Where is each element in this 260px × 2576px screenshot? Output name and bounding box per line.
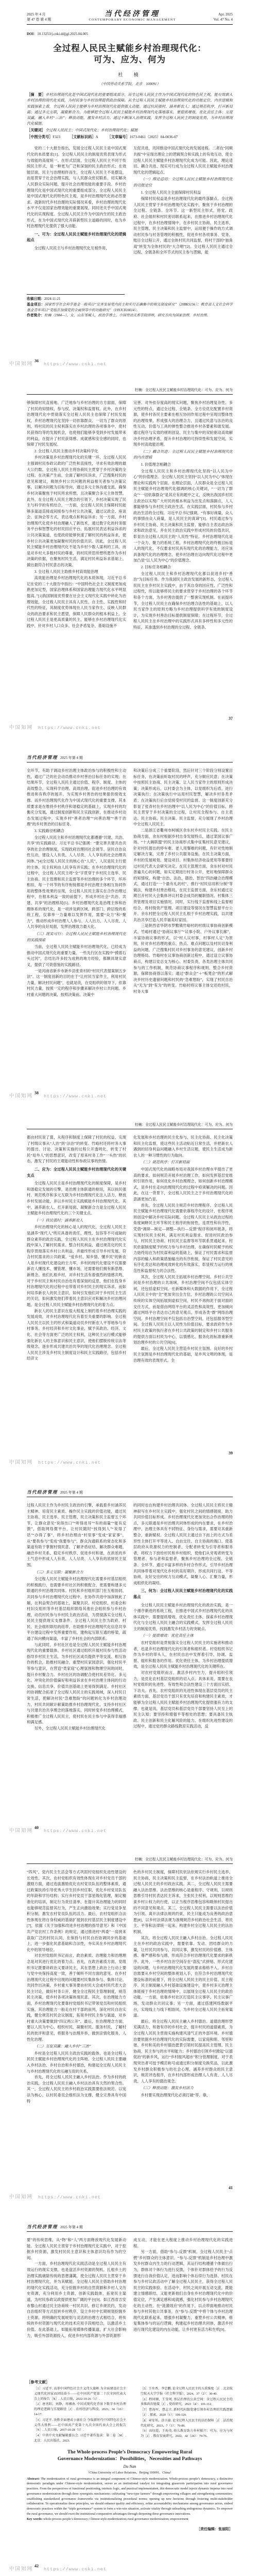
running-head: 杜楠：全过程人民民主赋能乡村治理现代化：可为、应为、何为 [27,1855,233,1862]
column-right: 和决策后分成三个重要阶段，然后针对三个阶段分别设置目标任务，在决策前听取村民的呼… [133,768,233,1077]
english-keywords-label: Key words: [27,2517,42,2521]
received-value: 2024-11-21 [44,297,60,301]
english-title-line1: The Whole-process People’s Democracy Emp… [27,2449,233,2456]
abstract-label: ［摘 要］ [27,93,45,97]
watermark-cn: 中国知网 [9,362,33,367]
section-heading: （三）释放动能：激发乡村活力 [133,2085,233,2091]
column-right: 化发展和乡村治理的民主化参与、民主化协商、民主化决策和民主化监督，使这些民主活动… [133,1134,233,1444]
journal-masthead: 2025 年 4 月 第 47 卷 第 4 期 当代经济管理 CONTEMPOR… [27,7,233,22]
clc-label: ［中图分类号］ [27,135,53,139]
paragraph: 新农人的民主意识在很大程度上制约着乡村治理实践的发展成效，对乡村治理现代化有着至… [27,1308,126,1362]
page-footer: 37 中国知网https://www.cnki.net [9,713,233,731]
page-footer: 中国知网38https://www.cnki.net [9,1092,233,1099]
running-head: 当代经济管理2025 年第 4 期 [27,1487,233,1495]
column-left: 够保障村民直接地、广泛地参与乡村治理的方方面面，保障了村民的知情权、参与权、决策… [27,400,126,709]
watermark-url: https://www.cnki.net [38,725,101,731]
reference-item: ［1］习近平. 高举中国特色社会主义伟大旗帜 为全面建设社会主义现代化国家而团结… [27,2386,126,2401]
watermark-cn: 中国知网 [9,1094,33,1099]
page-6: 杜楠：全过程人民民主赋能乡村治理现代化：可为、应为、何为 “四风”、党内民主生活… [0,1855,260,2205]
author-name: 杜 楠 [27,71,233,78]
paragraph: 的同时也在构建乡村治理共同体。全过程人民民主将民主精神叙写在乡村民主实践中，强化… [133,1502,233,1586]
running-head: 杜楠：全过程人民民主赋能乡村治理现代化：可为、应为、何为 [27,385,233,393]
references-columns: ［1］习近平. 高举中国特色社会主义伟大旗帜 为全面建设社会主义现代化国家而团结… [27,2386,233,2444]
paragraph: 化发展和乡村治理的民主化参与、民主化协商、民主化决策和民主化监督，使这些民主活动… [133,1134,233,1158]
reference-item: ［9］高钰霞，王海英. 幼儿教育助力乡村振兴：可为、应为与何为［J］. 教育发展… [133,2429,233,2439]
page-2: 杜楠：全过程人民民主赋能乡村治理现代化：可为、应为、何为 够保障村民直接地、广泛… [0,385,260,736]
english-abstract: Abstract: The modernization of rural gov… [27,2477,233,2517]
english-section: The Whole-process People’s Democracy Emp… [27,2449,233,2532]
section-heading: （一）扶民强村：涵养新农人 [27,1217,126,1224]
reference-item: ［8］章安邦，涂言豪. 论全过程人民民主的法治保障［J］. 法治现代化研究，20… [133,2418,233,2429]
funding-note: 基金项目：国家哲学社会科学基金一般项目“完善发展党内民主和实行正确集中的相关制度… [27,302,233,313]
english-title-line2: Governance Modernization：Possibilities，N… [27,2456,233,2463]
page-footer: 39 中国知网https://www.cnki.net [9,1448,233,1465]
author-affiliation: （中国劳动关系学院，北京 100091） [27,81,233,87]
reference-item: ［2］唐善阳，刘静，周湘南. 中国式现代化背景下数字乡村治理的理论逻辑与实现路径… [27,2402,126,2417]
paragraph: 乡村决策是乡村治理现代化的关键一环，全过程人民民主强调村民参政议政的广泛性和直接… [27,454,126,568]
issue-date-cn: 2025 年 4 月 [27,12,51,17]
paragraph: 全过程人民民主是乡村治理现代化的制度保障，是乡村和谐稳定发展的引擎，是治理主体联… [27,1180,126,1216]
paragraph: 三是陕西省华阴市罗敷镇竹峪村的村级议事协商创新模式。竹峪村通过“协商议事厅”“议… [133,923,233,994]
running-head-rule [27,762,233,762]
column-left: 全环节，有助于调动乡村治理主体政治参与的积极性和主动性，通过广泛的社会动员推动乡… [27,768,126,1077]
footnote-rule [27,294,125,295]
page-footer: 41 中国知网https://www.cnki.net [9,2182,233,2200]
paragraph: 对农村党组织书记而言，政治素质、治理能力和治理理念是对其进行优化的着力点。首先，… [27,1953,126,2042]
page-number: 36 [34,359,39,363]
english-abstract-text: The modernization of rural governance is… [27,2477,233,2516]
abstract-text: 乡村治理现代化是中国式现代化的重要组成部分，而全过程人民民主作为中国式现代化的特… [27,93,233,126]
keywords-line: ［关键词］全过程人民民主；中国式现代化；乡村治理现代化；赋能 [27,128,233,133]
watermark-cn: 中国知网 [9,1460,33,1465]
paragraph: 和决策后分成三个重要阶段，然后针对三个阶段分别设置目标任务，在决策前听取村民的呼… [133,768,233,827]
page-number: 42 [34,2564,39,2568]
issue-date-en: Apr. 2025 [214,12,233,17]
section-heading: 1. 全过程人民民主全面保障村民权益 [133,190,233,196]
journal-logo-calligraphy: 当代经济管理 [89,10,176,18]
journal-logo-small: 当代经济管理 [27,755,58,760]
journal-name-en: CONTEMPORARY ECONOMIC MANAGEMENT [89,18,176,22]
received-label: 收稿日期： [27,297,44,301]
masthead-rule [27,24,233,25]
page-3: 当代经济管理2025 年第 4 期 全环节，有助于调动乡村治理主体政治参与的积极… [0,753,260,1103]
issue-header: 2025 年第 4 期 [60,2225,83,2229]
page-number: 37 [229,716,233,721]
paragraph: 要”的传统思维，从“物”和“人”两方面释放现代化发展新动能。全过程人民民主贯穿于… [27,2237,126,2261]
paragraph: 互促共进，共同推动中国式现代化的发展进程。二者在“同频共振”中呈现出理论上的逻辑… [133,145,233,175]
paragraph: 农村党组织是贯彻落实全过程人民民主的实施者和推动者，也是乡村治理现代化的引领者和… [133,1640,233,1670]
bio-value: 杜楠（1984—），女，山东邹城人，政治学博士，中国劳动关系学院讲师，研究方向为… [44,314,210,317]
references-heading: ［参考文献］ [27,2379,233,2385]
paragraph: 二是浙江省衢州市柯城区余东村乡村民主实践。在民主协商方面，余东村根据乡村自身发展… [133,827,233,923]
paragraph: 一是河南省新乡市新乡县张青村的“村民代表提案制五步法”。这一制度创新的目的在于“… [27,968,126,998]
bio-label: 作者简介： [27,314,44,317]
column-right: 互促共进，共同推动中国式现代化的发展进程。二者在“同频共振”中呈现出理论上的逻辑… [133,145,233,291]
reference-item: ［4］中共中央文献编辑委员会. 习近平著作选读：第二卷［M］. 北京：人民出版社… [27,2433,126,2444]
paragraph: 首先，全过程人民民主规范乡村治理程序。全过程人民民主赋能乡村治理现代化需要依靠程… [133,1202,233,1274]
footnote-block: 收稿日期：2024-11-21 基金项目：国家哲学社会科学基金一般项目“完善发展… [27,297,233,318]
reference-item: ［5］王水香，李忠鹏. 论全过程人民民主的五重维度［J］. 北京航空航天大学学报… [133,2386,233,2397]
author-bio: 作者简介：杜楠（1984—），女，山东邹城人，政治学博士，中国劳动关系学院讲师，… [27,313,233,319]
paragraph: 最后，全过程人民民主营造乡村民主氛围。良好的乡村民主氛围是乡村治理现代化的基础，… [133,1346,233,1364]
column-right: 的同时也在构建乡村治理共同体。全过程人民民主将民主精神叙写在乡村民主实践中，强化… [133,1502,233,1811]
paragraph: 当前，全过程人民民主赋能乡村治理现代化，已经成为推动中国式现代化的重要力量，一些… [27,944,126,968]
article-id-label: ［文章编号］ [108,135,130,139]
running-head: 当代经济管理2025 年第 4 期 [27,2222,233,2230]
paragraph: 过程人民民主作为乡村民主政治的引擎，承载着乡村涵养民主精神、培育民主素质、操作民… [27,1502,126,1568]
section-heading: （一）理论适切：全过程人民民主赋能乡村治理现代化的功能定位 [133,176,233,188]
paragraph: 乡村要实现治理现代化必须打破“等、靠、 [133,2092,233,2098]
masthead-left: 2025 年 4 月 第 47 卷 第 4 期 [27,12,51,22]
english-author: Du Nan [27,2464,233,2469]
page-footer: 中国知网40https://www.cnki.net [9,1826,233,1834]
doi-line: DOI：10.13253/j.cnki.ddjjgl.2025.04.005 [27,31,233,37]
section-heading: （二）耦合共进：全过程人民民主赋能乡村治理现代化的内在逻辑 [133,449,233,461]
masthead-center: 当代经济管理 CONTEMPORARY ECONOMIC MANAGEMENT [89,10,176,22]
page-footer: 中国知网42https://www.cnki.net [9,2565,233,2572]
page-5: 当代经济管理2025 年第 4 期 过程人民民主作为乡村民主政治的引擎，承载着乡… [0,1487,260,1838]
reference-item: ［7］曹海军，曹志立. 新时代村级党建引领乡村治理的实践逻辑［J］. 探索，20… [133,2408,233,2418]
watermark-url: https://www.cnki.net [44,1094,107,1099]
english-keywords: Key words: whole-process people’s democr… [27,2517,233,2522]
reference-item: ［6］程同顺，王雪珂. 基层治理的公共空间：全过程人民民主的多维政治链接［J］.… [133,2397,233,2408]
paper-screenshot: { "journal": { "name_cn": "当代经济管理", "nam… [0,0,260,2576]
received-date: 收稿日期：2024-11-21 [27,297,233,302]
cnki-watermark: 中国知网42https://www.cnki.net [9,2565,233,2572]
doi-value: ：10.13253/j.cnki.ddjjgl.2025.04.005 [33,32,88,36]
column-left: 要”的传统思维，从“物”和“人”两方面释放现代化发展新动能。全过程人民民主贯穿于… [27,2237,126,2375]
body-columns: 全环节，有助于调动乡村治理主体政治参与的积极性和主动性，通过广泛的社会动员推动乡… [27,768,233,1077]
running-head: 当代经济管理2025 年第 4 期 [27,753,233,760]
english-affiliation: （China University of Labor Relations，Bei… [27,2470,233,2475]
paragraph: 保障村民权益是乡村治理现代化的最终落脚点。全过程人民民主贯穿于乡村治理现代化实践… [133,196,233,256]
paragraph: 中国式现代化的战略布局对我国乡村治理水平提出了更高的要求，如何规范开展乡村治理工… [133,1166,233,1202]
article-id-value: 1673-0461（2025）04-0036-07 [130,135,178,139]
column-left: “四风”、党内民主生活会等方式巩固村党组织先进性建设的长效性。其次，农村党组织有… [27,1869,126,2178]
column-left: 党的二十大报告指出，发展全过程人民民主是中国式现代化的本质要求[1]。全过程人民… [27,145,126,291]
running-head-rule [27,394,233,395]
cnki-watermark: 中国知网40https://www.cnki.net [9,1826,233,1834]
watermark-cn: 中国知网 [9,1828,33,1834]
paragraph: 全过程人民民主和乡村治理现代化坚持“以人民为中心”的价值理念。全过程人民民主坚持… [133,468,233,564]
column-right: 色的乡村民主制度，保障村民依法依规实行乡村民主选举、民主协商、民主决策和民主监督… [133,1869,233,2178]
body-columns: 要”的传统思维，从“物”和“人”两方面释放现代化发展新动能。全过程人民民主贯穿于… [27,2237,233,2375]
reference-item: ［3］习近平. 决胜全面建成小康社会 夺取新时代中国特色社会主义伟大胜利——在中… [27,2418,126,2433]
column-right: 完善、对外依存度高的现实问题，聚焦乡村治理复杂性、多元性的特点，通过全过程、全链… [133,400,233,709]
clc-value: F323 [53,135,60,139]
article-title-line2: 可为、应为、何为 [27,54,233,65]
page-1: 2025 年 4 月 第 47 卷 第 4 期 当代经济管理 CONTEMPOR… [0,7,260,371]
paragraph: 乡村治理现代化的核心是人的现代化，全过程人民民主是涵养“现代人”所应具备的责任、… [27,1224,126,1308]
section-heading: （二）规范秩序：打开新局面 [133,1159,233,1165]
body-columns: 够保障村民直接地、广泛地参与乡村治理的方方面面，保障了村民的知情权、参与权、决策… [27,400,233,709]
running-head-rule [27,1129,233,1129]
section-heading: （三）多元互联：凝聚新合力 [27,1569,126,1575]
running-head: 杜楠：全过程人民民主赋能乡村治理现代化：可为、应为、何为 [27,1120,233,1127]
page-number: 40 [34,1825,39,1830]
paragraph: 另一方面，借助“参与-反馈”机制，全过程人民民主“点燃”乡村群众的主体意识。“参… [133,2249,233,2332]
watermark-url: https://www.cnki.net [38,2195,101,2200]
paragraph: 首先，将全过程人民民主融入乡村法治。作为乡村的政治实践，全过程人民民主融入乡村法… [27,2074,126,2104]
body-columns: 党的二十大报告指出，发展全过程人民民主是中国式现代化的本质要求[1]。全过程人民… [27,145,233,291]
running-head-rule [27,1863,233,1864]
paragraph: 乡村是全过程人民民主政治实践的载体，也是全过程人民民主赋能乡村治理现代化的主阵地… [27,2050,126,2074]
paragraph: 都由村民说了算，从程序和制度上保障了村民的权益，实现了村级议事从“人治”到“法治… [27,1134,126,1164]
section-heading: 2. 目标任务相耦合 [133,564,233,570]
meta-line: ［中图分类号］F323［文献标识码］A［文章编号］1673-0461（2025）… [27,134,233,140]
paragraph: 够保障村民直接地、广泛地参与乡村治理的方方面面，保障了村民的知情权、参与权、决策… [27,400,126,448]
section-heading: 二、应为：全过程人民民主赋能乡村治理现代化的关键支点 [27,1166,126,1178]
journal-logo-small: 当代经济管理 [27,1489,58,1495]
issue-header: 2025 年第 4 期 [60,1490,83,1495]
section-heading: （三）现实可行：全过程人民民主赋能乡村治理现代化的实践探索 [27,931,126,943]
cnki-watermark: 中国知网https://www.cnki.net [9,723,233,731]
watermark-url: https://www.cnki.net [38,1460,101,1465]
english-title: The Whole-process People’s Democracy Emp… [27,2449,233,2463]
doccode-value: A [95,135,98,139]
references-right: ［5］王水香，李忠鹏. 论全过程人民民主的五重维度［J］. 北京航空航天大学学报… [133,2386,233,2444]
watermark-cn: 中国知网 [9,725,33,731]
section-heading: 1. 价值理念相耦合 [133,462,233,468]
paragraph: 高效能治理是乡村治理现代化的本质体现，习近平总书记在党的二十大报告中指出：“中国… [27,575,126,629]
section-heading: 2. 全过程人民民主推动乡村决策科学化 [27,448,126,454]
paragraph: 全过程人民民主与乡村治理现代化互相作用， [27,245,126,251]
cnki-watermark: 中国知网https://www.cnki.net [9,1458,233,1465]
paragraph: 成互动，才能在更大程度上推动乡村治理现代化的实践进程。 [133,2237,233,2249]
running-head-rule [27,1497,233,1497]
funding-value: 国家哲学社会科学基金一般项目“完善发展党内民主和实行正确集中的相关制度研究”（2… [27,303,233,312]
keywords-label: ［关键词］ [27,128,45,132]
article-title: 全过程人民民主赋能乡村治理现代化： 可为、应为、何为 [27,43,233,65]
paragraph: 最后，将全过程人民民主融入乡村德治。道德治理形塑充满活力、和谐有序的乡村社会，提… [133,2019,233,2084]
article-title-line1: 全过程人民民主赋能乡村治理现代化： [27,43,233,54]
column-left: 都由村民说了算，从程序和制度上保障了村民的权益，实现了村级议事从“人治”到“法治… [27,1134,126,1444]
running-head-rule [27,2231,233,2232]
paragraph: 全环节，有助于调动乡村治理主体政治参与的积极性和主动性，通过广泛的社会动员推动乡… [27,768,126,827]
paragraph: 其次，全过程人民民主拓展乡村治理空间。乡村公共空间是乡村治理的公共场域，乡村治理… [133,1274,233,1346]
issue-vol-en: Vol. 47 No. 4 [214,17,233,22]
funding-label: 基金项目： [27,303,45,307]
english-abstract-label: Abstract: [27,2477,40,2481]
page-7: 当代经济管理2025 年第 4 期 要”的传统思维，从“物”和“人”两方面释放现… [0,2222,260,2576]
page-number: 39 [229,1451,233,1455]
references-left: ［1］习近平. 高举中国特色社会主义伟大旗帜 为全面建设社会主义现代化国家而团结… [27,2386,126,2444]
paragraph: 完善、对外依存度高的现实问题，聚焦乡村治理复杂性、多元性的特点，通过全过程、全链… [133,400,233,448]
section-heading: 3. 全过程人民民主助推乡村高效能治理 [27,569,126,575]
paragraph: 全过程人民民主赋能乡村治理现代化需要乡村基层组织的积极践行，也需要乡村社区的积极… [27,1576,126,1642]
body-columns: “四风”、党内民主生活会等方式巩固村党组织先进性建设的长效性。其次，农村党组织有… [27,1869,233,2178]
page-footer: 中国知网36https://www.cnki.net [9,360,233,367]
watermark-cn: 中国知网 [9,2195,33,2200]
page-4: 杜楠：全过程人民民主赋能乡村治理现代化：可为、应为、何为 都由村民说了算，从程序… [0,1120,260,1470]
doi-label: DOI [27,32,33,36]
paragraph: 色的乡村民主制度，保障村民依法依规实行乡村民主选举、民主协商、民主决策和民主监督… [133,1869,233,1935]
cnki-watermark: 中国知网38https://www.cnki.net [9,1092,233,1099]
paragraph: 与此同时，乡村社区也是全过程人民民主赋能乡村治理现代化的重要载体。乡村社区通过组… [27,1642,126,1725]
doccode-label: ［文献标识码］ [70,135,95,139]
body-columns: 都由村民说了算，从程序和制度上保障了村民的权益，实现了村级议事从“人治”到“法治… [27,1134,233,1444]
column-right: 成互动，才能在更大程度上推动乡村治理现代化的实践进程。另一方面，借助“参与-反馈… [133,2237,233,2375]
masthead-right: Apr. 2025 Vol. 47 No. 4 [214,12,233,22]
section-heading: 三、何为：全过程人民民主赋能乡村治理现代化的实践落点 [133,1588,233,1600]
issue-vol-cn: 第 47 卷 第 4 期 [27,17,51,22]
paragraph: 全过程人民民主和乡村治理现代化都以促进乡村“善治”为目标任务。作为我国民主政治发… [133,571,233,631]
cnki-watermark: 中国知网36https://www.cnki.net [9,360,233,367]
paragraph: 其次，将全过程人民民主融入乡村自治。全过程人民民主在乡村的政治实践中，需要依靠、… [133,1935,233,2019]
english-keywords-text: whole-process people’s democracy; Chines… [43,2517,188,2521]
watermark-url: https://www.cnki.net [44,1828,107,1834]
paragraph: 对农村党组织而言，激活乡村内生力，提升组织引领力，是优化农村基层党组织的切入点。… [133,1670,233,1730]
section-heading: （二）互促双赢：融入乡村“三治” [27,2043,126,2049]
journal-logo-small: 当代经济管理 [27,2224,58,2229]
keywords-text: 全过程人民民主；中国式现代化；乡村治理现代化；赋能 [45,128,138,132]
paragraph: 党的二十大报告指出，发展全过程人民民主是中国式现代化的本质要求[1]。全过程人民… [27,145,126,229]
responsible-editor: ［责任编辑：张丽阳］ [27,2527,233,2532]
paragraph: “四风”、党内民主生活会等方式巩固村党组织先进性建设的长效性。其次，农村党组织有… [27,1869,126,1953]
page-number: 38 [34,1091,39,1095]
watermark-url: https://www.cnki.net [44,362,107,367]
watermark-url: https://www.cnki.net [44,2567,107,2572]
body-columns: 过程人民民主作为乡村民主政治的引擎，承载着乡村涵养民主精神、培育民主素质、操作民… [27,1502,233,1811]
paragraph: 另外，全过程人民民主赋能乡村治理现代化 [27,1725,126,1732]
abstract: ［摘 要］乡村治理现代化是中国式现代化的重要组成部分，而全过程人民民主作为中国式… [27,92,233,127]
section-heading: 一、可为：全过程人民民主赋能乡村治理现代化的逻辑起点 [27,231,126,243]
page-number: 41 [229,2185,233,2190]
paragraph: 全过程人民民主赋能乡村治理现代化的政治实践，是一个循序渐进的系统工程，在推进中国… [133,1602,233,1632]
cnki-watermark: 中国知网https://www.cnki.net [9,2193,233,2200]
issue-header: 2025 年第 4 期 [60,756,83,760]
watermark-cn: 中国知网 [9,2567,33,2572]
column-left: 过程人民民主作为乡村民主政治的引擎，承载着乡村涵养民主精神、培育民主素质、操作民… [27,1502,126,1811]
paragraph: 一方面，乡村治理现代化实践活动是全过程人民民主有效运行的现实支撑，也是盘活乡村资… [27,2261,126,2338]
paragraph: 全过程人民民主和乡村治理现代化都遵循“共建、共治、共享”的实践路径。习近平总书记… [27,835,126,930]
section-heading: 3. 实践路径相耦合 [27,828,126,834]
section-heading: （一）提质增效：优化责任主体 [133,1633,233,1639]
